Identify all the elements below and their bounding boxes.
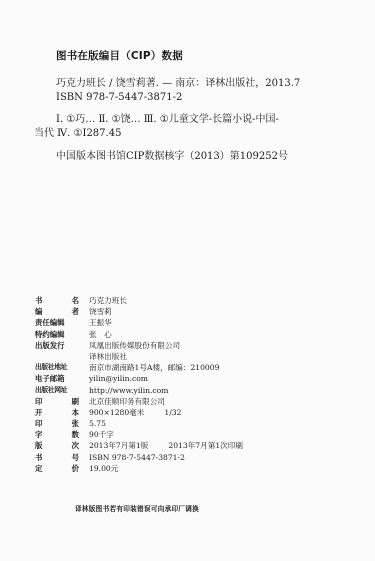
colophon-value: 王振华: [89, 317, 355, 328]
colophon-value: 2013年7月第1版2013年7月第1次印刷: [89, 440, 355, 451]
colophon-label: 开 本: [35, 407, 89, 418]
colophon-row-price: 定 价 19.00元: [35, 463, 355, 474]
label-char: 印: [35, 418, 42, 429]
cip-classification: Ⅰ. ①巧… Ⅱ. ①饶… Ⅲ. ①儿童文学-长篇小说-中国- 当代 Ⅳ. ①I…: [34, 113, 334, 141]
cip-isbn-line: ISBN 978-7-5447-3871-2: [56, 91, 356, 105]
colophon-row-editor: 责任编辑 王振华: [35, 317, 355, 328]
colophon-label: 电子邮箱: [35, 373, 89, 384]
colophon-value: 900×1280毫米1/32: [89, 407, 355, 418]
colophon-row-contract-editor: 特约编辑 张 心: [35, 329, 355, 340]
colophon-label: 特约编辑: [35, 329, 89, 340]
colophon-value: yilin@yilin.com: [89, 373, 355, 384]
colophon-value: 凤凰出版传媒股份有限公司: [89, 340, 355, 351]
cip-bibliographic-line: 巧克力班长 / 饶雪莉著. — 南京：译林出版社，2013.7: [56, 77, 356, 91]
label-char: 书: [35, 452, 42, 463]
colophon-table: 书 名 巧克力班长 编 者 饶雪莉 责任编辑 王振华 特约编辑 张 心 出版发行…: [35, 295, 355, 474]
cip-record-number: 中国版本图书馆CIP数据核字（2013）第109252号: [56, 150, 288, 164]
label-char: 字: [35, 429, 42, 440]
colophon-row-isbn: 书 号 ISBN 978-7-5447-3871-2: [35, 452, 355, 463]
label-char: 张: [72, 418, 79, 429]
colophon-label: 版 次: [35, 440, 89, 451]
cip-block: 图书在版编目（CIP）数据 巧克力班长 / 饶雪莉著. — 南京：译林出版社，2…: [56, 49, 356, 105]
colophon-row-title: 书 名 巧克力班长: [35, 295, 355, 306]
label-char: 开: [35, 407, 42, 418]
colophon-value: 90千字: [89, 429, 355, 440]
colophon-value: 张 心: [89, 329, 355, 340]
colophon-label: 书 名: [35, 295, 89, 306]
cip-classification-line-2: 当代 Ⅳ. ①I287.45: [34, 127, 334, 141]
label-char: 刷: [72, 396, 79, 407]
colophon-label: 印 张: [35, 418, 89, 429]
colophon-row-address: 出版社地址 南京市湖南路1号A楼，邮编：210009: [35, 362, 355, 373]
colophon-label: 出版社地址: [35, 362, 89, 373]
label-char: 次: [72, 440, 79, 451]
colophon-value: 巧克力班长: [89, 295, 355, 306]
misprint-notice: 译林版图书若有印装错误可向承印厂调换: [75, 503, 199, 513]
label-char: 名: [72, 295, 79, 306]
colophon-label: 责任编辑: [35, 317, 89, 328]
colophon-value: 5.75: [89, 418, 355, 429]
edition: 2013年7月第1版: [89, 441, 148, 450]
format-fraction: 1/32: [164, 408, 181, 417]
colophon-row-edition: 版 次 2013年7月第1版2013年7月第1次印刷: [35, 440, 355, 451]
label-char: 印: [35, 396, 42, 407]
colophon-label: 字 数: [35, 429, 89, 440]
colophon-value: 北京佳顺印务有限公司: [89, 396, 355, 407]
colophon-row-email: 电子邮箱 yilin@yilin.com: [35, 373, 355, 384]
label-char: 数: [72, 429, 79, 440]
colophon-label: 书 号: [35, 452, 89, 463]
colophon-row-author: 编 者 饶雪莉: [35, 306, 355, 317]
label-char: 本: [72, 407, 79, 418]
colophon-label: 出版社网址: [35, 385, 89, 396]
label-char: 号: [72, 452, 79, 463]
colophon-row-sheets: 印 张 5.75: [35, 418, 355, 429]
colophon-row-wordcount: 字 数 90千字: [35, 429, 355, 440]
cip-title: 图书在版编目（CIP）数据: [56, 49, 356, 63]
colophon-row-website: 出版社网址 http://www.yilin.com: [35, 385, 355, 396]
colophon-label: 出版发行: [35, 340, 89, 351]
label-char: 者: [72, 306, 79, 317]
printing: 2013年7月第1次印刷: [168, 441, 243, 450]
label-char: 编: [35, 306, 42, 317]
colophon-value: http://www.yilin.com: [89, 385, 355, 396]
colophon-value: 饶雪莉: [89, 306, 355, 317]
colophon-row-format: 开 本 900×1280毫米1/32: [35, 407, 355, 418]
colophon-value: 南京市湖南路1号A楼，邮编：210009: [89, 362, 355, 373]
colophon-label: 定 价: [35, 463, 89, 474]
colophon-row-publisher: 出版发行 凤凰出版传媒股份有限公司: [35, 340, 355, 351]
colophon-row-publisher-2: 译林出版社: [35, 351, 355, 362]
label-char: 版: [35, 440, 42, 451]
colophon-label: 印 刷: [35, 396, 89, 407]
label-char: 书: [35, 295, 42, 306]
colophon-label: [35, 351, 89, 362]
label-char: 定: [35, 463, 42, 474]
format-size: 900×1280毫米: [89, 408, 144, 417]
colophon-label: 编 者: [35, 306, 89, 317]
colophon-value: 译林出版社: [89, 351, 355, 362]
colophon-value: ISBN 978-7-5447-3871-2: [89, 452, 355, 463]
colophon-row-printer: 印 刷 北京佳顺印务有限公司: [35, 396, 355, 407]
colophon-value: 19.00元: [89, 463, 355, 474]
label-char: 价: [72, 463, 79, 474]
cip-classification-line-1: Ⅰ. ①巧… Ⅱ. ①饶… Ⅲ. ①儿童文学-长篇小说-中国-: [34, 113, 334, 127]
